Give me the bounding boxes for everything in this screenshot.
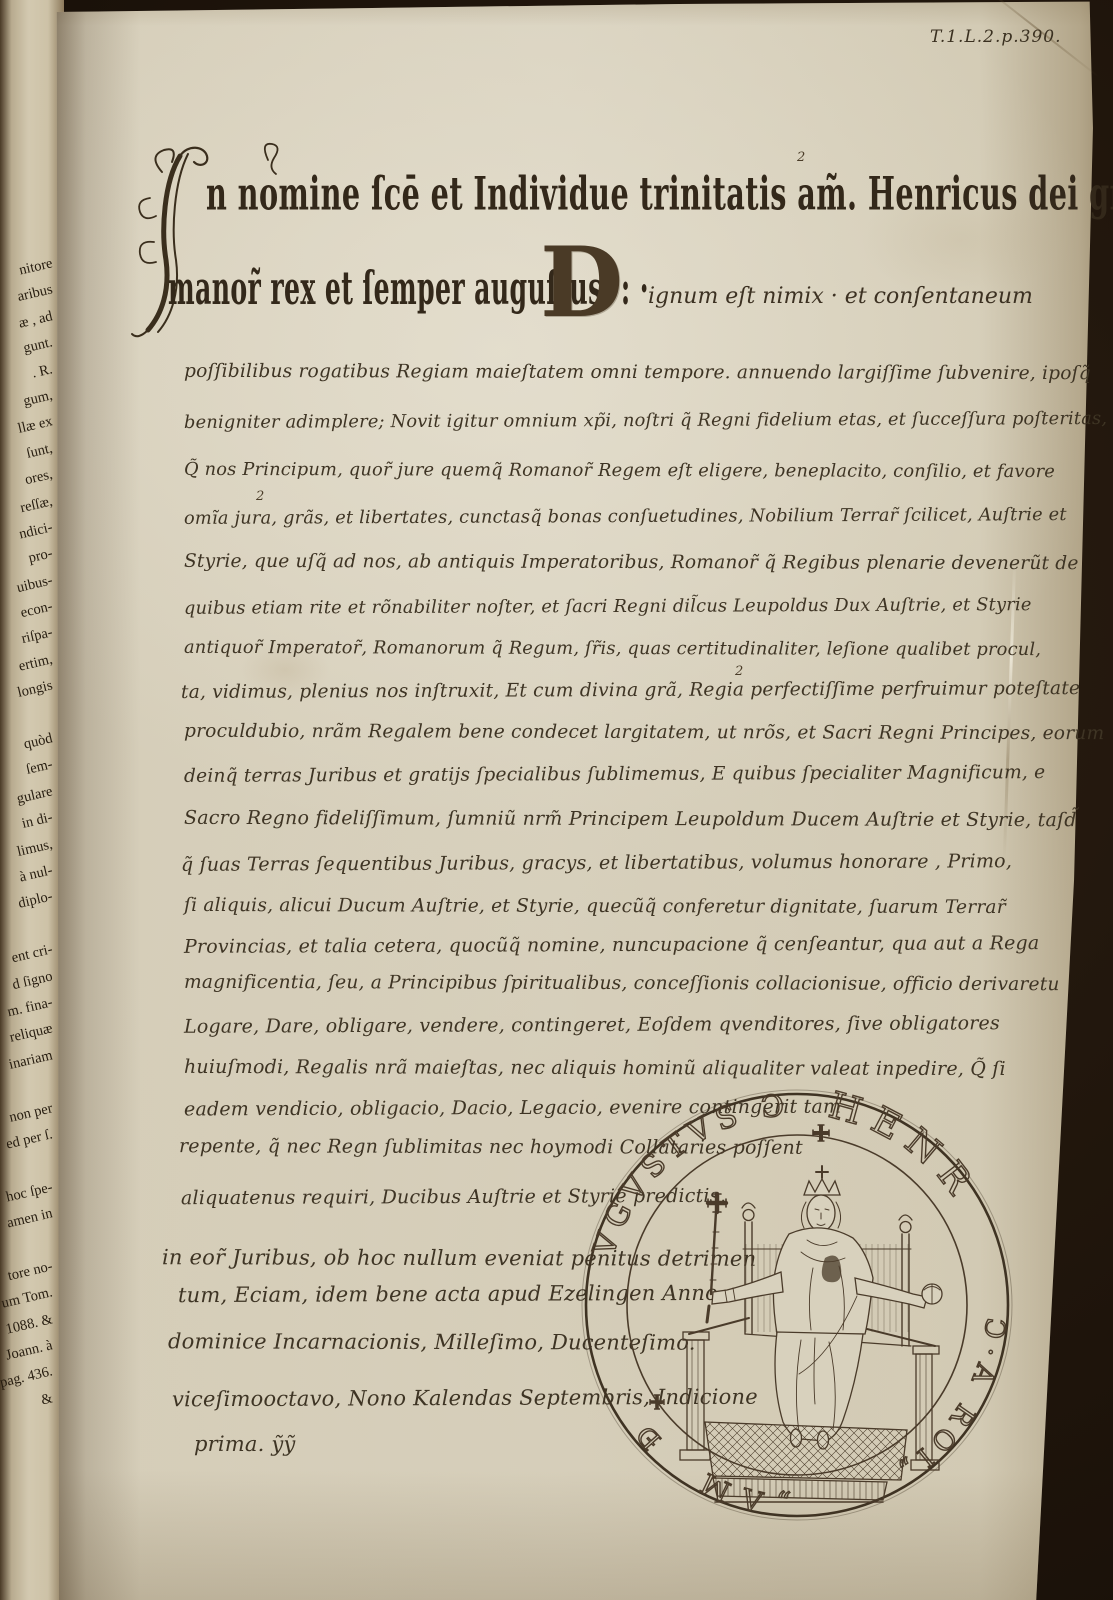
seal-legend-right: Ɔ·A ROI„: [887, 1316, 1011, 1491]
royal-seal: HENR Ɔ·A ROI„ „ΛM Ð VGVSTVS Ɔ: [575, 1082, 1025, 1542]
charter-line: huiuſmodi, Regalis nrã maieſtas, nec ali…: [184, 1056, 1006, 1080]
charter-opening-line: ignum eſt nimix · et conſentaneum: [648, 284, 1033, 309]
drop-initial-D: D: [540, 240, 623, 326]
charter-line: antiquor̃ Imperator̃, Romanorum q̃ Regum…: [184, 637, 1041, 660]
charter-line: Styrie, que uſq̃ ad nos, ab antiquis Imp…: [184, 551, 1079, 574]
charter-heading-line1: n nomine ſcē et Individue trinitatis am̃…: [206, 168, 1113, 221]
abbreviation-mark: 2: [797, 150, 805, 165]
enthroned-king-figure: [680, 1166, 942, 1502]
abbreviation-mark: 2: [735, 664, 743, 679]
facing-page-edge: nitorearibusæ , adgunt.. R.gum,llæ exſun…: [0, 0, 64, 1600]
seal-legend-bottom-left: Ð: [631, 1419, 667, 1455]
charter-line: benigniter adimplere; Novit igitur omniu…: [184, 408, 1107, 433]
margin-fragments-column: nitorearibusæ , adgunt.. R.gum,llæ exſun…: [0, 256, 58, 1417]
abbreviation-mark: 2: [256, 489, 264, 504]
charter-line: poſſibilibus rogatibus Regiam maieſtatem…: [184, 361, 1091, 384]
charter-line: q̃ ſuas Terras ſequentibus Juribus, grac…: [181, 850, 1012, 876]
svg-text:Ð: Ð: [631, 1419, 667, 1455]
charter-line: quibus etiam rite et rõnabiliter noſter,…: [184, 594, 1032, 619]
photographed-book: { "page_ref": "T.1.L.2.p.390.", "margin_…: [0, 0, 1113, 1600]
charter-line: Sacro Regno fideliſſimum, ſumniũ nrm̃ Pr…: [184, 807, 1077, 831]
charter-line: deinq̃ terras Juribus et gratijs ſpecial…: [184, 762, 1045, 787]
book-photo-scene: nitorearibusæ , adgunt.. R.gum,llæ exſun…: [0, 0, 1113, 1600]
charter-line: magnificentia, ſeu, a Principibus ſpirit…: [184, 972, 1060, 995]
svg-text:HENR: HENR: [824, 1083, 986, 1210]
charter-line: prima. ỹỹ: [194, 1432, 296, 1456]
seal-legend-left: VGVSTVS Ɔ: [586, 1088, 792, 1262]
charter-line: ta, vidimus, plenius nos inſtruxit, Et c…: [181, 678, 1080, 703]
seal-legend-top: HENR: [824, 1083, 986, 1210]
svg-text:Ɔ·A ROI„: Ɔ·A ROI„: [887, 1316, 1011, 1491]
page-reference: T.1.L.2.p.390.: [930, 27, 1062, 47]
charter-line: omĩa jura, grãs, et libertates, cunctasq…: [184, 504, 1067, 529]
charter-line: ſi aliquis, alicui Ducum Auſtrie, et Sty…: [184, 895, 1006, 918]
charter-line: Provincias, et talia cetera, quocũq̃ nom…: [184, 932, 1040, 958]
svg-text:VGVSTVS Ɔ: VGVSTVS Ɔ: [586, 1088, 792, 1262]
charter-line: Q̃ nos Principum, quor̃ jure quemq̃ Roma…: [184, 459, 1055, 482]
charter-line: Logare, Dare, obligare, vendere, conting…: [184, 1012, 1000, 1038]
charter-line: proculdubio, nrãm Regalem bene condecet …: [184, 721, 1104, 744]
